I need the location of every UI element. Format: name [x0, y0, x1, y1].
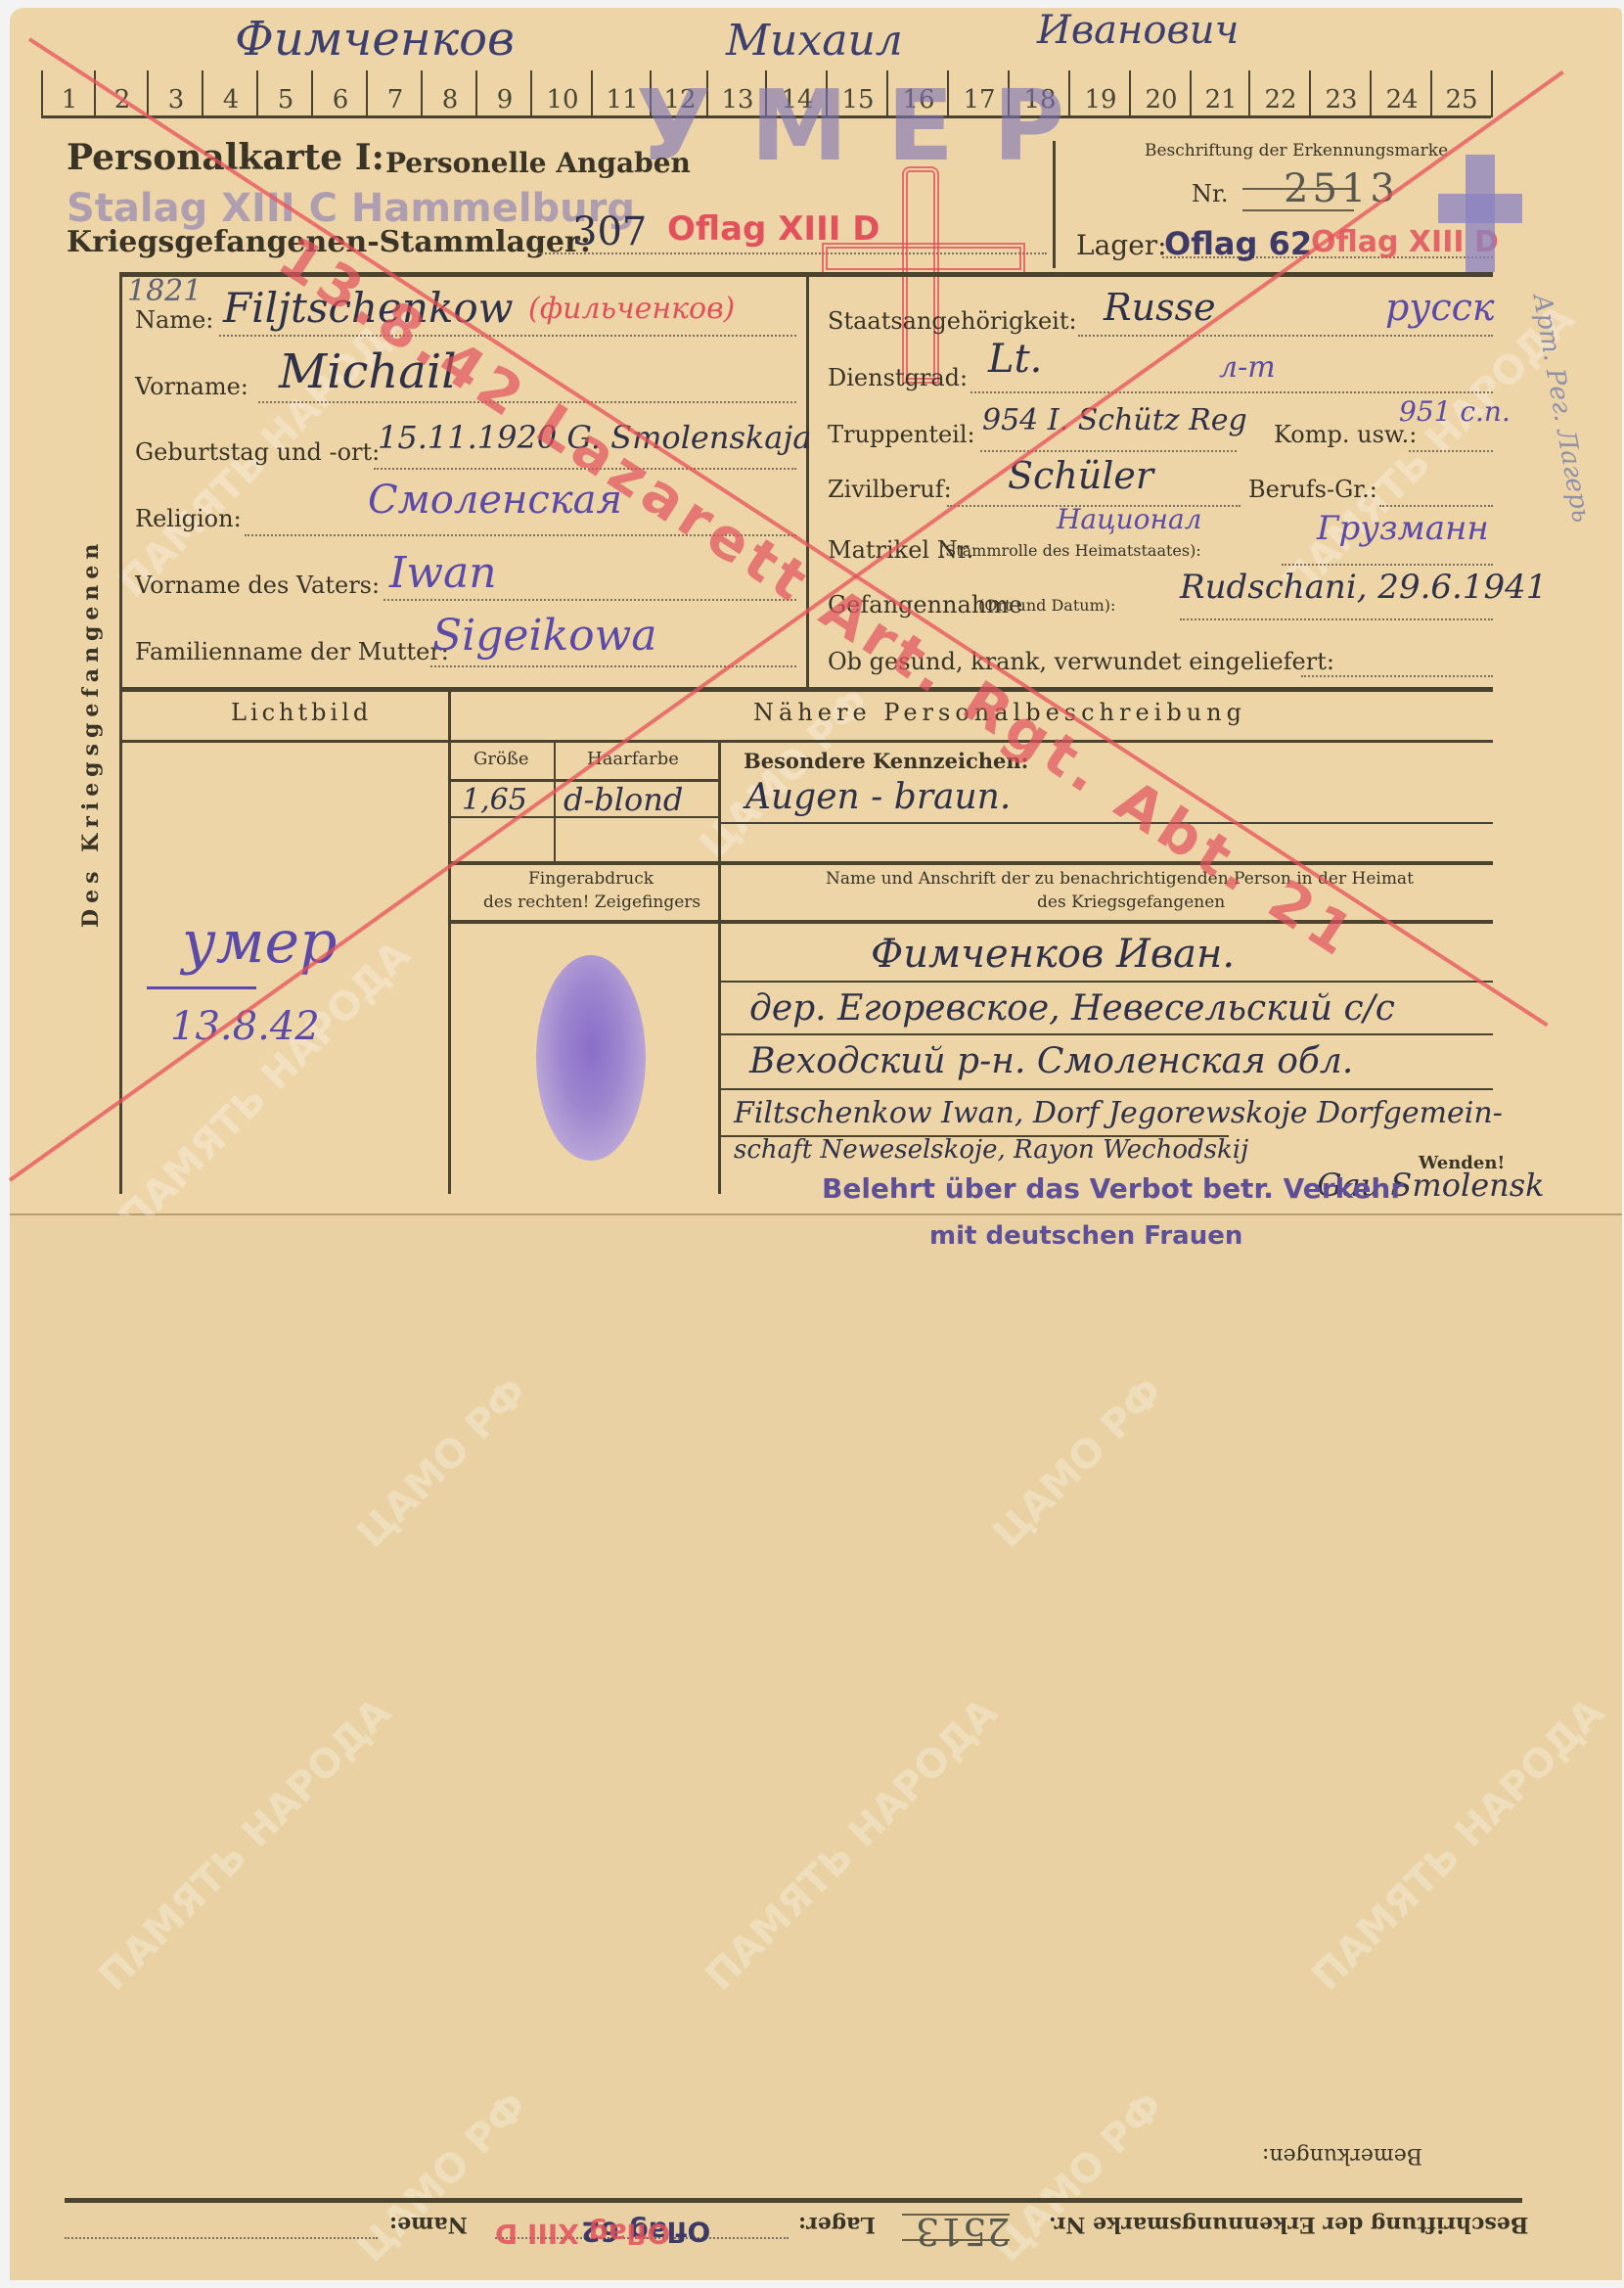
card-subtitle: Personelle Angaben	[385, 147, 691, 179]
back-tag-label: Beschriftung der Erkennungsmarke Nr.	[1049, 2212, 1528, 2237]
contact-rule	[720, 1033, 1493, 1035]
contact-rule	[720, 981, 1493, 983]
number-cell: 23	[1309, 70, 1372, 117]
marks-divider	[718, 742, 721, 1194]
zivil-value: Schüler	[1008, 454, 1153, 497]
pow-card-sheet: ПАМЯТЬ НАРОДА ЦАМО РФ ПАМЯТЬ НАРОДА ПАМЯ…	[10, 8, 1622, 2280]
matrikel-note-nationality: Национал	[1057, 503, 1202, 535]
watermark: ПАМЯТЬ НАРОДА	[110, 933, 419, 1242]
watermark: ПАМЯТЬ НАРОДА	[1303, 1690, 1612, 1999]
geburt-label: Geburtstag und -ort:	[135, 438, 380, 466]
staat-value: Russe	[1104, 286, 1216, 329]
number-cell: 6	[311, 70, 368, 117]
finger-header-1: Fingerabdruck	[528, 869, 654, 889]
staat-value-russian: русск	[1385, 286, 1495, 329]
size-header: Größe	[474, 749, 529, 769]
gesund-field-line	[1301, 675, 1493, 677]
gefangen-sublabel: (Ort und Datum):	[978, 596, 1115, 615]
back-lager-stamp: Oflag XIII D	[495, 2218, 670, 2250]
died-stamp: УМЕР	[636, 69, 1104, 183]
name-label: Name:	[135, 306, 213, 334]
dienst-field-line	[970, 391, 1493, 393]
stamp-verkehr-line1: Belehrt über das Verbot betr. Verkehr	[822, 1172, 1404, 1205]
berufs-label: Berufs-Gr.:	[1248, 476, 1377, 503]
left-frame-rule	[119, 272, 122, 1194]
red-cross-stamp-horizontal	[822, 243, 1025, 274]
margin-pencil-note: Арт. Рег. Лагерь	[1526, 292, 1596, 525]
size-value: 1,65	[462, 783, 527, 817]
number-cell: 3	[147, 70, 203, 117]
number-cell: 20	[1129, 70, 1192, 117]
back-tag-value: 2513	[916, 2210, 1011, 2253]
komp-label: Komp. usw.:	[1274, 421, 1417, 448]
watermark: ПАМЯТЬ НАРОДА	[697, 1690, 1006, 1999]
handwritten-given-name: Михаил	[726, 16, 903, 66]
handwritten-surname: Фимченков	[235, 12, 515, 67]
name-prefix-number: 1821	[127, 274, 202, 308]
photo-header: Lichtbild	[231, 699, 372, 726]
back-name-line	[65, 2237, 378, 2239]
card-front-upper: ПАМЯТЬ НАРОДА ЦАМО РФ ПАМЯТЬ НАРОДА ПАМЯ…	[10, 8, 1622, 1215]
dienst-label: Dienstgrad:	[828, 364, 968, 391]
back-name-label: Name:	[389, 2212, 468, 2237]
number-cell: 10	[530, 70, 593, 117]
number-cell: 24	[1370, 70, 1432, 117]
stammlager-value: 307	[572, 209, 647, 254]
truppe-field-line	[980, 450, 1237, 452]
back-rule	[65, 2198, 1522, 2203]
contact-rule	[720, 1088, 1493, 1090]
marks-value: Augen - braun.	[745, 777, 1011, 817]
dienst-value: Lt.	[988, 337, 1042, 382]
dienst-value-russian: л-т	[1219, 350, 1276, 385]
header-divider	[1053, 141, 1056, 268]
lager-value: Oflag 62	[1164, 225, 1312, 262]
photo-died-note: умер	[182, 908, 337, 977]
matrikel-sublabel: (Stammrolle des Heimatstaates):	[939, 541, 1201, 560]
staat-label: Staatsangehörigkeit:	[828, 307, 1077, 335]
name-value-russian: (фильченков)	[528, 292, 735, 326]
number-cell: 9	[475, 70, 532, 117]
side-label: Des Kriegsgefangenen	[78, 538, 104, 928]
berufs-field-line	[1379, 505, 1493, 507]
card-title: Personalkarte I:	[67, 137, 384, 178]
vater-field-line	[383, 599, 796, 601]
matrikel-field-line	[1282, 564, 1493, 566]
mutter-field-line	[430, 665, 796, 667]
lager-label: Lager:	[1076, 229, 1167, 261]
vater-value: Iwan	[389, 548, 497, 598]
watermark: ЦАМО РФ	[349, 1369, 536, 1556]
staat-field-line	[1078, 335, 1493, 337]
fingerprint-icon	[536, 955, 646, 1161]
watermark: ЦАМО РФ	[985, 1369, 1172, 1556]
komp-field-line	[1409, 450, 1493, 452]
number-cell: 21	[1190, 70, 1250, 117]
number-cell: 22	[1248, 70, 1311, 117]
personal-bottom-rule	[119, 687, 1493, 692]
stamp-verkehr-line2: mit deutschen Frauen	[929, 1221, 1242, 1251]
mutter-label: Familienname der Mutter:	[135, 638, 449, 665]
contact-line: Фимченков Иван.	[871, 932, 1235, 977]
description-header-rule	[450, 740, 1493, 743]
mutter-value: Sigeikowa	[432, 611, 657, 661]
number-cell: 8	[421, 70, 477, 117]
gefangen-field-line	[1180, 618, 1493, 620]
size-hair-divider	[554, 742, 556, 863]
photo-note-underline	[147, 986, 256, 989]
number-cell: 5	[256, 70, 313, 117]
name-field-line	[219, 335, 796, 337]
gefangen-value: Rudschani, 29.6.1941	[1180, 568, 1547, 607]
vorname-label: Vorname:	[135, 373, 248, 400]
watermark: ЦАМО РФ	[985, 2083, 1172, 2270]
matrikel-note-2: Грузманн	[1317, 509, 1489, 548]
photo-divider	[448, 689, 451, 1194]
komp-value: 951 с.п.	[1399, 395, 1511, 428]
violet-cross-icon-bar	[1438, 194, 1522, 223]
handwritten-patronymic: Иванович	[1037, 8, 1239, 53]
photo-header-rule	[119, 740, 452, 743]
religion-label: Religion:	[135, 505, 242, 532]
number-cell: 4	[202, 70, 258, 117]
contact-line-5: schaft Neweselskoje, Rayon Wechodskij	[734, 1135, 1248, 1165]
vater-label: Vorname des Vaters:	[135, 572, 380, 599]
truppe-value: 954 I. Schütz Reg	[982, 403, 1247, 437]
size-hair-value-rule	[450, 816, 720, 818]
marks-label: Besondere Kennzeichen:	[744, 749, 1028, 773]
truppe-label: Truppenteil:	[828, 421, 975, 448]
card-back-lower: mit deutschen Frauen ЦАМО РФ ЦАМО РФ ПАМ…	[10, 1215, 1622, 2280]
contact-line: Filtschenkow Iwan, Dorf Jegorewskoje Dor…	[734, 1096, 1503, 1130]
hair-value: d-blond	[564, 781, 683, 818]
contact-header-2: des Kriegsgefangenen	[1037, 892, 1225, 912]
tag-label: Beschriftung der Erkennungsmarke	[1145, 141, 1448, 160]
number-cell: 25	[1430, 70, 1493, 117]
contact-line: дер. Егоревское, Невесельский с/с	[749, 988, 1395, 1029]
finger-header-2: des rechten! Zeigefingers	[483, 892, 700, 912]
bemerkungen-label: Bemerkungen:	[1262, 2143, 1422, 2168]
tag-nr-label: Nr.	[1192, 180, 1228, 207]
fingerprint-top-rule	[450, 861, 1493, 865]
zivil-label: Zivilberuf:	[828, 476, 952, 503]
back-lager-label: Lager:	[798, 2212, 876, 2237]
watermark: ПАМЯТЬ НАРОДА	[90, 1690, 399, 1999]
tag-nr-value: 2513	[1284, 166, 1399, 211]
number-cell: 7	[366, 70, 423, 117]
contact-line: Веходский р-н. Смоленская обл.	[749, 1041, 1353, 1081]
